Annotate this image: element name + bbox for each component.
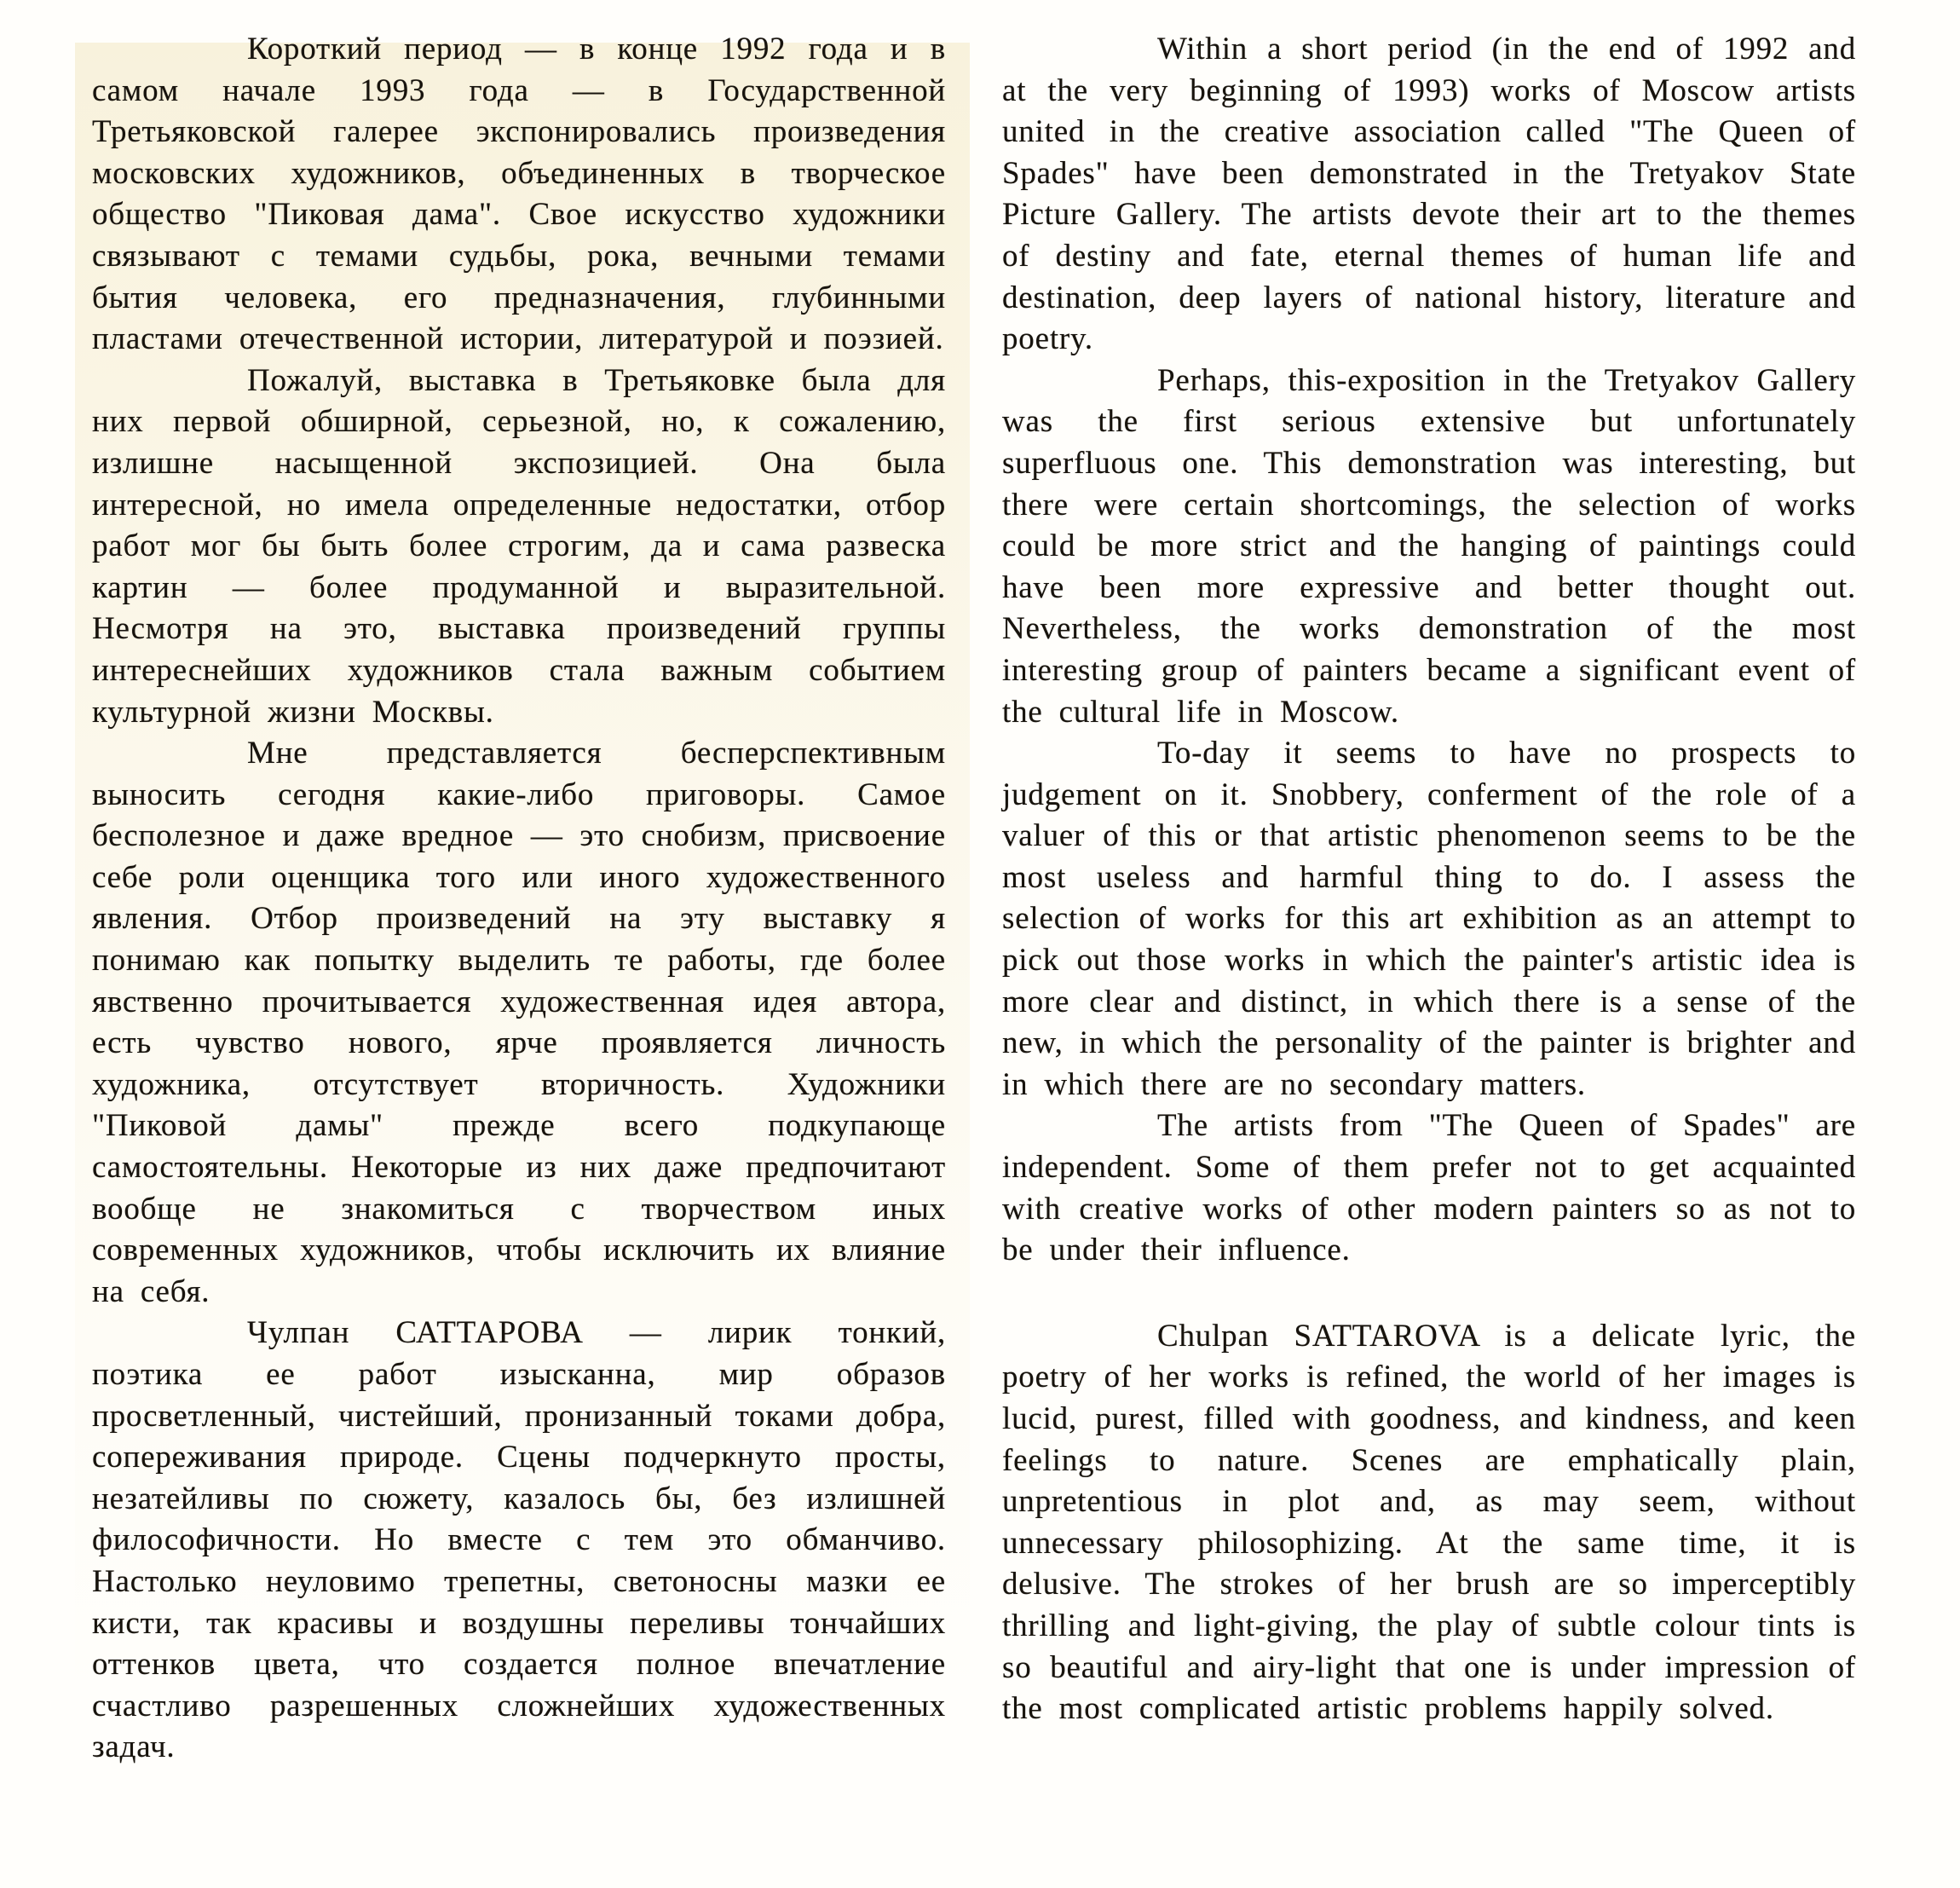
paragraph: Пожалуй, выставка в Третьяковке была для… (92, 361, 946, 733)
paragraph: To-day it seems to have no prospects to … (1002, 733, 1856, 1106)
english-text-column: Within a short period (in the end of 199… (1002, 29, 1856, 1730)
paragraph: Короткий период — в конце 1992 года и в … (92, 29, 946, 361)
russian-text-column: Короткий период — в конце 1992 года и в … (92, 29, 946, 1769)
paragraph: Perhaps, this-exposition in the Tretyako… (1002, 361, 1856, 733)
paragraph: Within a short period (in the end of 199… (1002, 29, 1856, 361)
paragraph: The artists from "The Queen of Spades" a… (1002, 1106, 1856, 1271)
paragraph: Мне представляется бесперспективным выно… (92, 733, 946, 1313)
paragraph: Chulpan SATTAROVA is a delicate lyric, t… (1002, 1316, 1856, 1730)
paragraph: Чулпан САТТАРОВА — лирик тонкий, поэтика… (92, 1313, 946, 1769)
page: Короткий период — в конце 1992 года и в … (0, 0, 1960, 1888)
